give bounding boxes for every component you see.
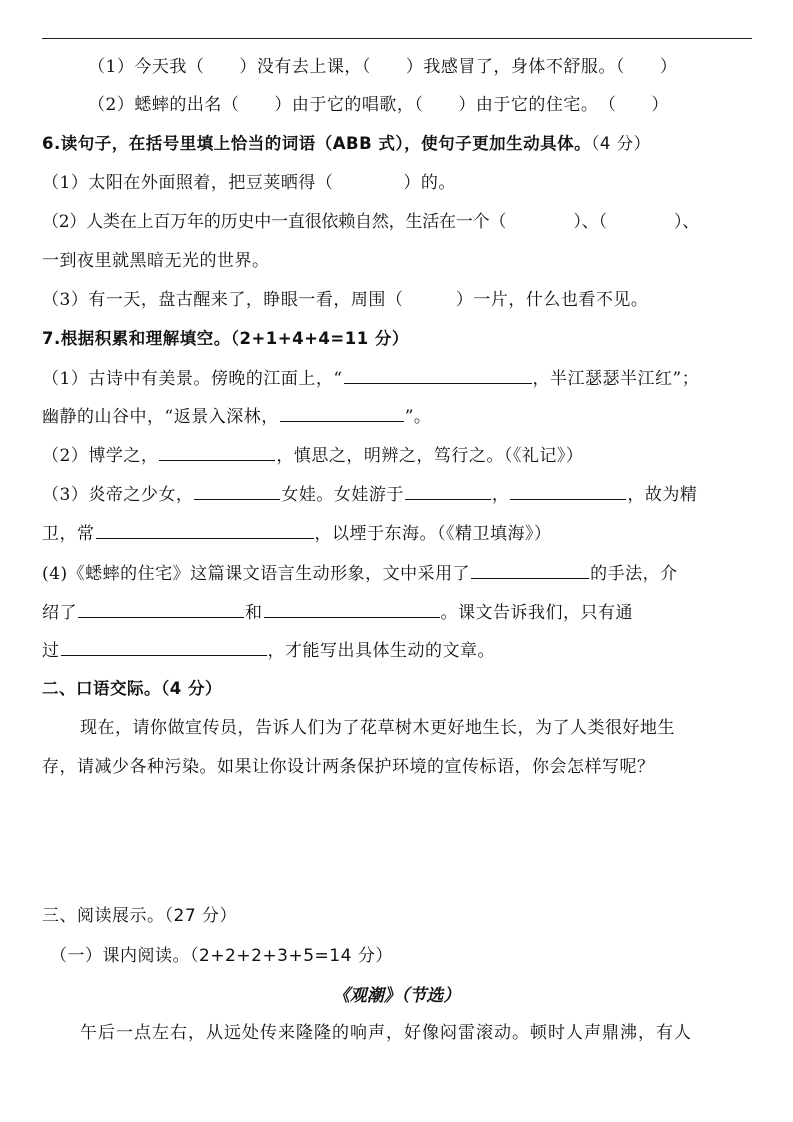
section-2-para-line-1: 现在，请你做宣传员，告诉人们为了花草树木更好地生长，为了人类很好地生: [80, 717, 675, 739]
q7-1-text-b: ，半江瑟瑟半江红”；: [533, 369, 700, 389]
q7-item-4-line-1: (4)《蟋蟀的住宅》这篇课文语言生动形象，文中采用了的手法，介: [42, 562, 678, 585]
header-rule: [42, 38, 752, 39]
q7-item-2: （2）博学之，，慎思之，明辨之，笃行之。（《礼记》）: [42, 444, 583, 467]
q6-heading-text: 6.读句子，在括号里填上恰当的词语（ABB 式），使句子更加生动具体。: [42, 134, 591, 153]
q7-2-text-b: ，慎思之，明辨之，笃行之。（《礼记》）: [276, 446, 583, 466]
q6-item-2-line-1: （2）人类在上百万年的历史中一直很依赖自然，生活在一个（ ）、（ ）、: [42, 211, 699, 233]
section-3-heading: 三、阅读展示。（27 分）: [42, 905, 237, 927]
q7-1-text-c: 幽静的山谷中，“返景入深林，: [42, 407, 279, 427]
section-2-para-line-2: 存，请减少各种污染。如果让你设计两条保护环境的宣传标语，你会怎样写呢？: [42, 756, 655, 778]
q6-heading: 6.读句子，在括号里填上恰当的词语（ABB 式），使句子更加生动具体。（4 分）: [42, 133, 651, 155]
q7-4-text-d: 和: [245, 603, 263, 623]
q7-item-4-line-2: 绍了和。课文告诉我们，只有通: [42, 601, 633, 624]
section-2-heading: 二、口语交际。（4 分）: [42, 678, 222, 700]
q7-4-text-f: 过: [42, 641, 60, 661]
q6-item-1: （1）太阳在外面照着，把豆荚晒得（ ）的。: [42, 172, 456, 194]
passage-line-1: 午后一点左右，从远处传来隆隆的响声，好像闷雷滚动。顿时人声鼎沸，有人: [80, 1022, 692, 1044]
q7-4-text-c: 绍了: [42, 603, 77, 623]
q7-4-text-g: ，才能写出具体生动的文章。: [268, 641, 496, 661]
q7-3-blank-3[interactable]: [510, 483, 626, 500]
q7-1-blank-1[interactable]: [344, 367, 532, 384]
q7-item-1-line-2: 幽静的山谷中，“返景入深林，”。: [42, 405, 431, 428]
q7-3-text-a: （3）炎帝之少女，: [42, 485, 193, 505]
q7-3-text-e: 卫，常: [42, 524, 95, 544]
q7-1-blank-2[interactable]: [280, 405, 404, 422]
q7-4-text-a: (4)《蟋蟀的住宅》这篇课文语言生动形象，文中采用了: [42, 564, 470, 584]
section-3-sub-1: （一）课内阅读。（2+2+2+3+5=14 分）: [50, 945, 393, 967]
q7-1-text-d: ”。: [405, 407, 432, 427]
q7-item-3-line-2: 卫，常，以堙于东海。（《精卫填海》）: [42, 522, 552, 545]
q7-2-blank[interactable]: [159, 444, 275, 461]
q6-points: （4 分）: [591, 134, 651, 153]
q7-heading: 7.根据积累和理解填空。（2+1+4+4=11 分）: [42, 328, 409, 350]
q7-4-text-b: 的手法，介: [590, 564, 678, 584]
q5-item-1: （1）今天我（ ）没有去上课，（ ）我感冒了，身体不舒服。（ ）: [88, 56, 677, 78]
q7-3-text-c: ，: [492, 485, 510, 505]
q7-item-3-line-1: （3）炎帝之少女，女娃。女娃游于，，故为精: [42, 483, 697, 506]
q7-item-1-line-1: （1）古诗中有美景。傍晚的江面上，“，半江瑟瑟半江红”；: [42, 367, 699, 390]
q7-2-text-a: （2）博学之，: [42, 446, 158, 466]
q7-3-text-d: ，故为精: [627, 485, 697, 505]
q7-4-blank-2[interactable]: [78, 601, 244, 618]
q7-4-blank-1[interactable]: [471, 562, 589, 579]
q7-3-text-b: 女娃。女娃游于: [281, 485, 404, 505]
q6-item-2-line-2: 一到夜里就黑暗无光的世界。: [42, 250, 270, 272]
q7-4-text-e: 。课文告诉我们，只有通: [441, 603, 634, 623]
q7-4-blank-3[interactable]: [264, 601, 440, 618]
q7-3-text-f: ，以堙于东海。（《精卫填海》）: [315, 524, 552, 544]
q7-item-4-line-3: 过，才能写出具体生动的文章。: [42, 639, 495, 662]
q7-1-text-a: （1）古诗中有美景。傍晚的江面上，“: [42, 369, 343, 389]
q5-item-2: （2）蟋蟀的出名（ ）由于它的唱歌，（ ）由于它的住宅。 （ ）: [88, 94, 669, 116]
q7-4-blank-4[interactable]: [61, 639, 267, 656]
q7-3-blank-2[interactable]: [405, 483, 491, 500]
q6-item-3: （3）有一天，盘古醒来了，睁眼一看，周围（ ）一片，什么也看不见。: [42, 289, 648, 311]
passage-title: 《观潮》（节选）: [0, 981, 793, 1006]
q7-3-blank-1[interactable]: [194, 483, 280, 500]
q7-3-blank-4[interactable]: [96, 522, 314, 539]
